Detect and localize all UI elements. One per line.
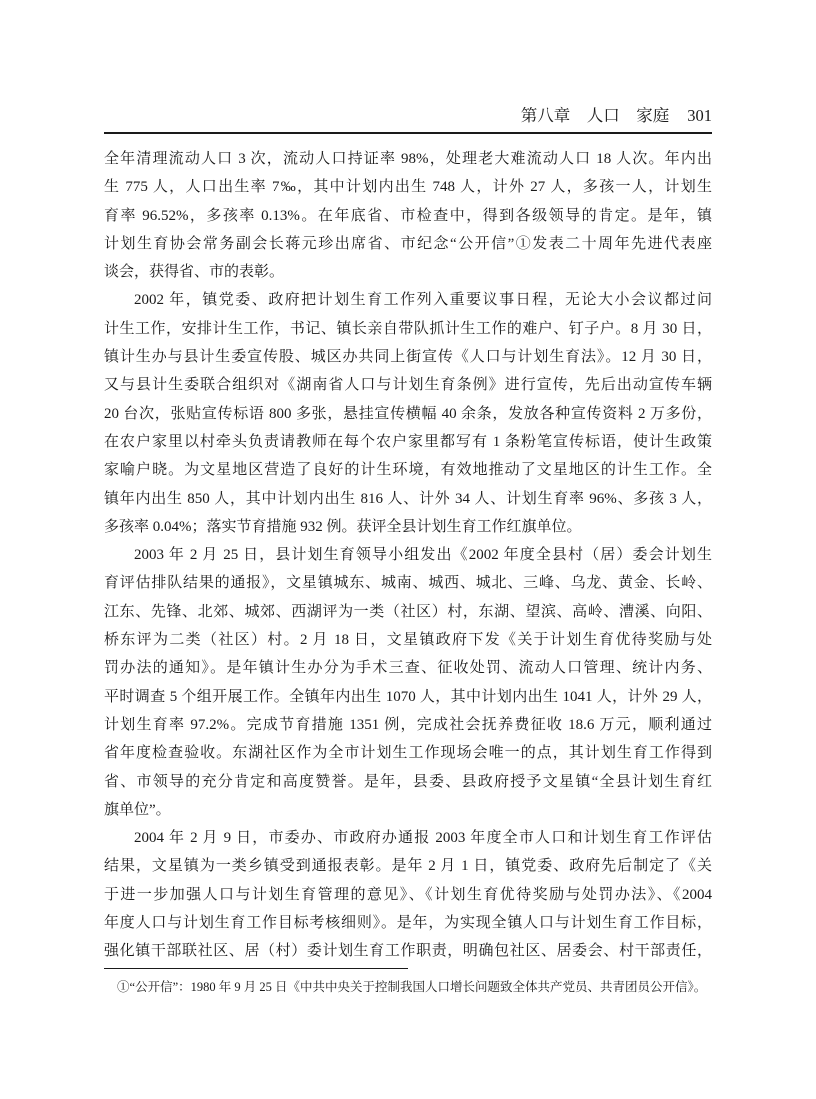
text-line: 谈会，获得省、市的表彰。: [104, 258, 712, 286]
text-line: 罚办法的通知》。是年镇计生办分为手术三查、征收处罚、流动人口管理、统计内务、: [104, 654, 712, 682]
text-line: 2002 年，镇党委、政府把计划生育工作列入重要议事日程，无论大小会议都过问: [104, 286, 712, 314]
text-line: 2004 年 2 月 9 日，市委办、市政府办通报 2003 年度全市人口和计划…: [104, 824, 712, 852]
text-line: 育评估排队结果的通报》，文星镇城东、城南、城西、城北、三峰、乌龙、黄金、长岭、: [104, 569, 712, 597]
text-line: 江东、先锋、北郊、城郊、西湖评为一类（社区）村，东湖、望滨、高岭、漕溪、向阳、: [104, 598, 712, 626]
text-line: 多孩率 0.04%；落实节育措施 932 例。获评全县计划生育工作红旗单位。: [104, 513, 712, 541]
text-line: 计划生育协会常务副会长蒋元珍出席省、市纪念“公开信”①发表二十周年先进代表座: [104, 230, 712, 258]
text-line: 2003 年 2 月 25 日，县计划生育领导小组发出《2002 年度全县村（居…: [104, 541, 712, 569]
text-line: 平时调查 5 个组开展工作。全镇年内出生 1070 人，其中计划内出生 1041…: [104, 683, 712, 711]
text-line: 镇计生办与县计生委宣传股、城区办共同上街宣传《人口与计划生育法》。12 月 30…: [104, 343, 712, 371]
text-line: 年度人口与计划生育工作目标考核细则》。是年，为实现全镇人口与计划生育工作目标，: [104, 909, 712, 937]
chapter-title: 第八章 人口 家庭: [521, 106, 670, 125]
text-line: 结果，文星镇为一类乡镇受到通报表彰。是年 2 月 1 日，镇党委、政府先后制定了…: [104, 852, 712, 880]
paragraph: 2002 年，镇党委、政府把计划生育工作列入重要议事日程，无论大小会议都过问计生…: [104, 286, 712, 541]
text-line: 镇年内出生 850 人，其中计划内出生 816 人、计外 34 人、计划生育率 …: [104, 485, 712, 513]
text-line: 省、市领导的充分肯定和高度赞誉。是年，县委、县政府授予文星镇“全县计划生育红: [104, 768, 712, 796]
footnote-rule: [104, 968, 408, 969]
page-number: 301: [687, 106, 712, 125]
footnote-text: “公开信”：1980 年 9 月 25 日《中共中央关于控制我国人口增长问题致全…: [130, 980, 707, 994]
text-line: 育率 96.52%，多孩率 0.13%。在年底省、市检查中，得到各级领导的肯定。…: [104, 202, 712, 230]
footnote-marker: ①: [117, 980, 130, 994]
text-line: 全年清理流动人口 3 次，流动人口持证率 98%，处理老大难流动人口 18 人次…: [104, 145, 712, 173]
document-page: 第八章 人口 家庭301 全年清理流动人口 3 次，流动人口持证率 98%，处理…: [0, 0, 816, 1099]
paragraph: 全年清理流动人口 3 次，流动人口持证率 98%，处理老大难流动人口 18 人次…: [104, 145, 712, 286]
text-line: 在农户家里以村牵头负责请教师在每个农户家里都写有 1 条粉笔宣传标语，使计生政策: [104, 428, 712, 456]
text-line: 于进一步加强人口与计划生育管理的意见》、《计划生育优待奖励与处罚办法》、《200…: [104, 881, 712, 909]
text-line: 旗单位”。: [104, 796, 712, 824]
text-line: 桥东评为二类（社区）村。2 月 18 日，文星镇政府下发《关于计划生育优待奖励与…: [104, 626, 712, 654]
paragraph: 2003 年 2 月 25 日，县计划生育领导小组发出《2002 年度全县村（居…: [104, 541, 712, 824]
text-line: 家喻户晓。为文星地区营造了良好的计生环境，有效地推动了文星地区的计生工作。全: [104, 456, 712, 484]
text-line: 计划生育率 97.2%。完成节育措施 1351 例，完成社会抚养费征收 18.6…: [104, 711, 712, 739]
text-line: 又与县计生委联合组织对《湖南省人口与计划生育条例》进行宣传，先后出动宣传车辆: [104, 371, 712, 399]
text-line: 强化镇干部联社区、居（村）委计划生育工作职责，明确包社区、居委会、村干部责任，: [104, 937, 712, 965]
body-text: 全年清理流动人口 3 次，流动人口持证率 98%，处理老大难流动人口 18 人次…: [104, 145, 712, 966]
paragraph: 2004 年 2 月 9 日，市委办、市政府办通报 2003 年度全市人口和计划…: [104, 824, 712, 965]
running-header: 第八章 人口 家庭301: [104, 105, 712, 127]
text-line: 省年度检查验收。东湖社区作为全市计划生工作现场会唯一的点，其计划生育工作得到: [104, 739, 712, 767]
footnote: ①“公开信”：1980 年 9 月 25 日《中共中央关于控制我国人口增长问题致…: [104, 977, 808, 997]
text-line: 生 775 人，人口出生率 7‰，其中计划内出生 748 人，计外 27 人，多…: [104, 173, 712, 201]
header-rule: [104, 132, 712, 134]
text-line: 计生工作，安排计生工作，书记、镇长亲自带队抓计生工作的难户、钉子户。8 月 30…: [104, 315, 712, 343]
text-line: 20 台次，张贴宣传标语 800 多张，悬挂宣传横幅 40 余条，发放各种宣传资…: [104, 400, 712, 428]
